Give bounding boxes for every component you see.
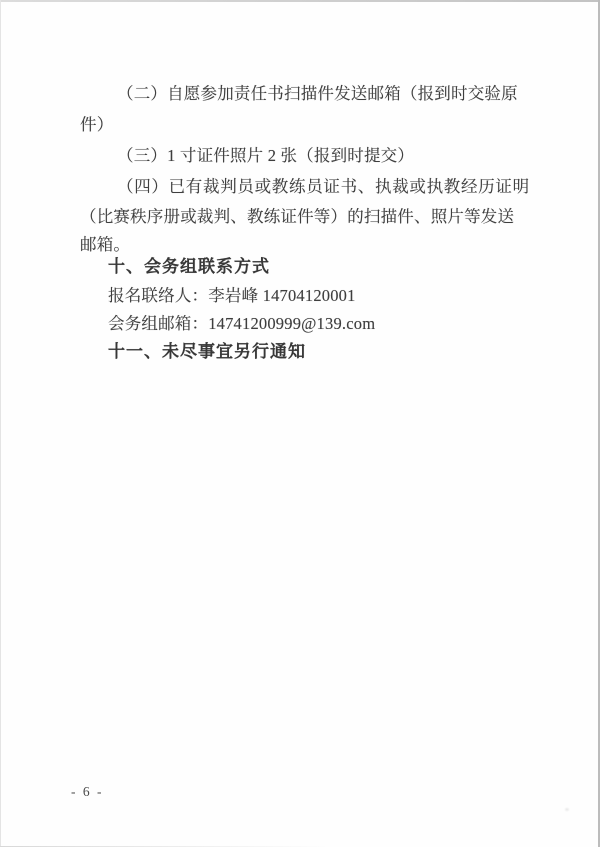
section-11-heading: 十一、未尽事宜另行通知 xyxy=(108,342,306,362)
item-4-line-3: 邮箱。 xyxy=(80,235,130,255)
scan-edge-left xyxy=(0,0,1,847)
item-2-line-2: 件） xyxy=(80,115,113,135)
scan-smudge xyxy=(564,807,570,812)
item-4-line-2: （比赛秩序册或裁判、教练证件等）的扫描件、照片等发送 xyxy=(80,207,514,227)
item-2-line-1: （二）自愿参加责任书扫描件发送邮箱（报到时交验原 xyxy=(117,84,518,104)
page-number: - 6 - xyxy=(71,784,104,800)
registration-contact-line: 报名联络人：李岩峰 14704120001 xyxy=(108,286,356,306)
section-10-heading: 十、会务组联系方式 xyxy=(108,257,270,277)
committee-email-line: 会务组邮箱：14741200999@139.com xyxy=(108,314,375,334)
scan-edge-top xyxy=(0,0,600,2)
item-4-line-1: （四）已有裁判员或教练员证书、执裁或执教经历证明 xyxy=(117,177,530,197)
item-3-line: （三）1 寸证件照片 2 张（报到时提交） xyxy=(117,146,414,166)
scanned-document-page: （二）自愿参加责任书扫描件发送邮箱（报到时交验原 件） （三）1 寸证件照片 2… xyxy=(0,0,600,847)
